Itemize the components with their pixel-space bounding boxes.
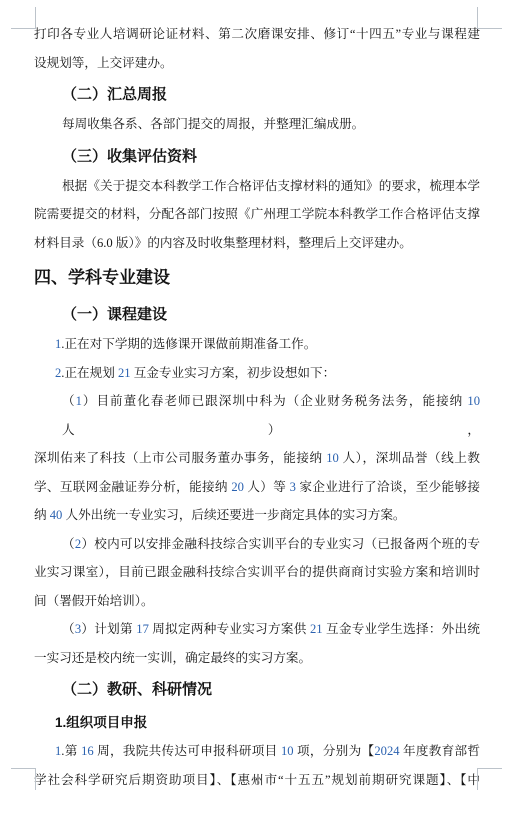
inline-number: 3 <box>75 622 81 636</box>
inline-number: 1 <box>55 337 61 351</box>
heading-summarize-weekly-report: （二）汇总周报 <box>34 80 480 109</box>
para-weekly-report-collection-line: 每周收集各系、各部门提交的周报，并整理汇编成册。 <box>34 110 480 139</box>
heading-teaching-scientific-research: （二）教研、科研情况 <box>34 675 480 704</box>
para-internship-oncampus-platform-line: （2）校内可以安排金融科技综合实训平台的专业实习（已报备两个班的专 <box>34 530 480 559</box>
inline-number: 17 <box>136 622 149 636</box>
inline-number: 2024 <box>374 744 399 758</box>
para-evaluation-materials-line: 材料目录（6.0 版）》的内容及时收集整理材料，整理后上交评建办。 <box>34 229 480 258</box>
subheading-organize-project-application: 1.组织项目申报 <box>34 708 480 737</box>
para-internship-offsite-companies-line: 学、互联网金融证券分析，能接纳 20 人）等 3 家企业进行了洽谈，至少能够接 <box>34 473 480 502</box>
inline-number: 10 <box>281 744 294 758</box>
inline-number: 10 <box>467 394 480 408</box>
inline-number: 2 <box>55 366 61 380</box>
inline-number: 10 <box>326 451 339 465</box>
para-internship-plan-intro-line: 2.正在规划 21 互金专业实习方案，初步设想如下： <box>34 359 480 388</box>
para-evaluation-materials-line: 院需要提交的材料，分配各部门按照《广州理工学院本科教学工作合格评估支撑 <box>34 200 480 229</box>
inline-number: 16 <box>81 744 94 758</box>
heading-course-construction: （一）课程建设 <box>34 300 480 329</box>
para-project-application-week16-line: 1.第 16 周，我院共传达可申报科研项目 10 项，分别为【2024 年度教育… <box>34 737 480 766</box>
para-internship-offsite-companies-line: （1）目前董化春老师已跟深圳中科为（企业财务税务法务，能接纳 10 人）， <box>34 387 480 444</box>
inline-number: 1 <box>76 394 82 408</box>
para-internship-offsite-companies-line: 纳 40 人外出统一专业实习，后续还要进一步商定具体的实习方案。 <box>34 501 480 530</box>
inline-number: 1 <box>55 744 61 758</box>
para-internship-oncampus-platform-line: 业实习课室），目前已跟金融科技综合实训平台的提供商商讨实验方案和培训时 <box>34 558 480 587</box>
para-internship-week17-decision-line: 一实习还是校内统一实训，确定最终的实习方案。 <box>34 644 480 673</box>
inline-number: 3 <box>290 480 296 494</box>
para-internship-week17-decision-line: （3）计划第 17 周拟定两种专业实习方案供 21 互金专业学生选择：外出统 <box>34 615 480 644</box>
page-footer: 6 <box>0 772 514 790</box>
inline-number: 21 <box>118 366 131 380</box>
inline-number: 20 <box>231 480 244 494</box>
page-number: 6 <box>254 776 260 788</box>
margin-corner-mark-top-right <box>477 7 502 29</box>
document-body: 打印各专业人培调研论证材料、第二次磨课安排、修订“十四五”专业与课程建设规划等，… <box>0 0 514 794</box>
inline-number: 40 <box>50 508 63 522</box>
para-internship-offsite-companies-line: 深圳佑来了科技（上市公司服务董办事务，能接纳 10 人），深圳品誉（线上教 <box>34 444 480 473</box>
para-continued-from-previous-page-line: 设规划等，上交评建办。 <box>34 49 480 78</box>
inline-number: 2 <box>75 537 81 551</box>
para-evaluation-materials-line: 根据《关于提交本科教学工作合格评估支撑材料的通知》的要求，梳理本学 <box>34 172 480 201</box>
heading-discipline-major-construction: 四、学科专业建设 <box>34 262 480 293</box>
para-internship-oncampus-platform-line: 间（署假开始培训）。 <box>34 587 480 616</box>
inline-number: 21 <box>310 622 323 636</box>
margin-corner-mark-top-left <box>11 7 36 29</box>
heading-collect-evaluation-materials: （三）收集评估资料 <box>34 142 480 171</box>
document-page: 打印各专业人培调研论证材料、第二次磨课安排、修订“十四五”专业与课程建设规划等，… <box>0 0 514 814</box>
para-continued-from-previous-page-line: 打印各专业人培调研论证材料、第二次磨课安排、修订“十四五”专业与课程建 <box>34 20 480 49</box>
para-elective-course-prep-line: 1.正在对下学期的选修课开课做前期准备工作。 <box>34 330 480 359</box>
